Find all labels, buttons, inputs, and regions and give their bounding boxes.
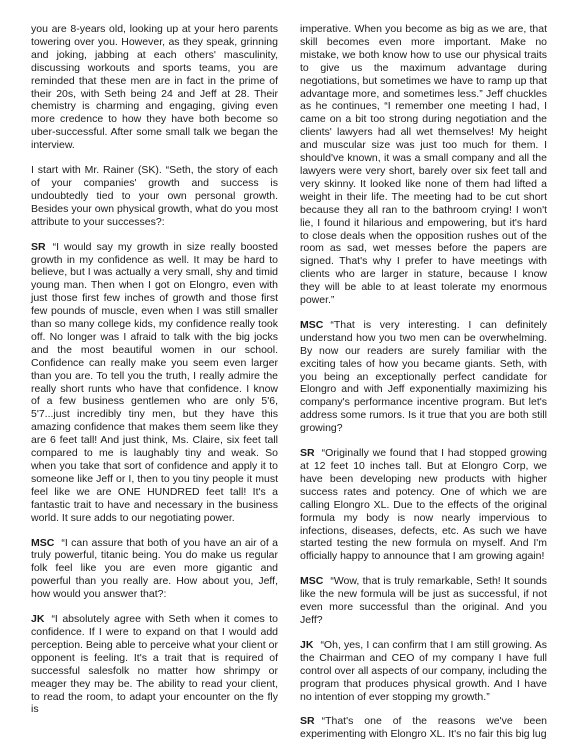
- paragraph: MSC“Wow, that is truly remarkable, Seth!…: [300, 575, 547, 627]
- paragraph: MSC“That is very interesting. I can defi…: [300, 319, 547, 435]
- paragraph-text: “Oh, yes, I can confirm that I am still …: [300, 639, 547, 703]
- paragraph: I start with Mr. Rainer (SK). “Seth, the…: [31, 164, 278, 229]
- speaker-label: MSC: [31, 537, 61, 549]
- paragraph-text: “I can assure that both of you have an a…: [31, 537, 278, 601]
- right-column: imperative. When you become as big as we…: [300, 23, 547, 750]
- speaker-label: JK: [31, 613, 51, 625]
- paragraph-text: imperative. When you become as big as we…: [300, 23, 547, 306]
- paragraph-text: “I absolutely agree with Seth when it co…: [31, 613, 278, 715]
- paragraph-text: “Wow, that is truly remarkable, Seth! It…: [300, 575, 547, 626]
- paragraph: MSC“I can assure that both of you have a…: [31, 537, 278, 602]
- paragraph-text: “Originally we found that I had stopped …: [300, 447, 547, 562]
- speaker-label: MSC: [300, 319, 330, 331]
- paragraph-text: you are 8-years old, looking up at your …: [31, 23, 278, 151]
- paragraph-text: “I would say my growth in size really bo…: [31, 241, 278, 524]
- speaker-label: JK: [300, 639, 320, 651]
- paragraph: you are 8-years old, looking up at your …: [31, 23, 278, 152]
- paragraph: SR“That's one of the reasons we've been …: [300, 715, 547, 741]
- paragraph: SR“Originally we found that I had stoppe…: [300, 447, 547, 563]
- speaker-label: SR: [300, 447, 322, 459]
- speaker-label: MSC: [300, 575, 330, 587]
- speaker-label: SR: [300, 715, 322, 727]
- document-page: you are 8-years old, looking up at your …: [0, 0, 579, 750]
- paragraph-text: “That is very interesting. I can definit…: [300, 319, 547, 434]
- paragraph: imperative. When you become as big as we…: [300, 23, 547, 307]
- paragraph: JK“Oh, yes, I can confirm that I am stil…: [300, 639, 547, 704]
- left-column: you are 8-years old, looking up at your …: [31, 23, 278, 750]
- paragraph: SR“I would say my growth in size really …: [31, 241, 278, 525]
- paragraph-text: I start with Mr. Rainer (SK). “Seth, the…: [31, 164, 278, 228]
- paragraph-text: “That's one of the reasons we've been ex…: [300, 715, 547, 740]
- speaker-label: SR: [31, 241, 53, 253]
- paragraph: JK“I absolutely agree with Seth when it …: [31, 613, 278, 716]
